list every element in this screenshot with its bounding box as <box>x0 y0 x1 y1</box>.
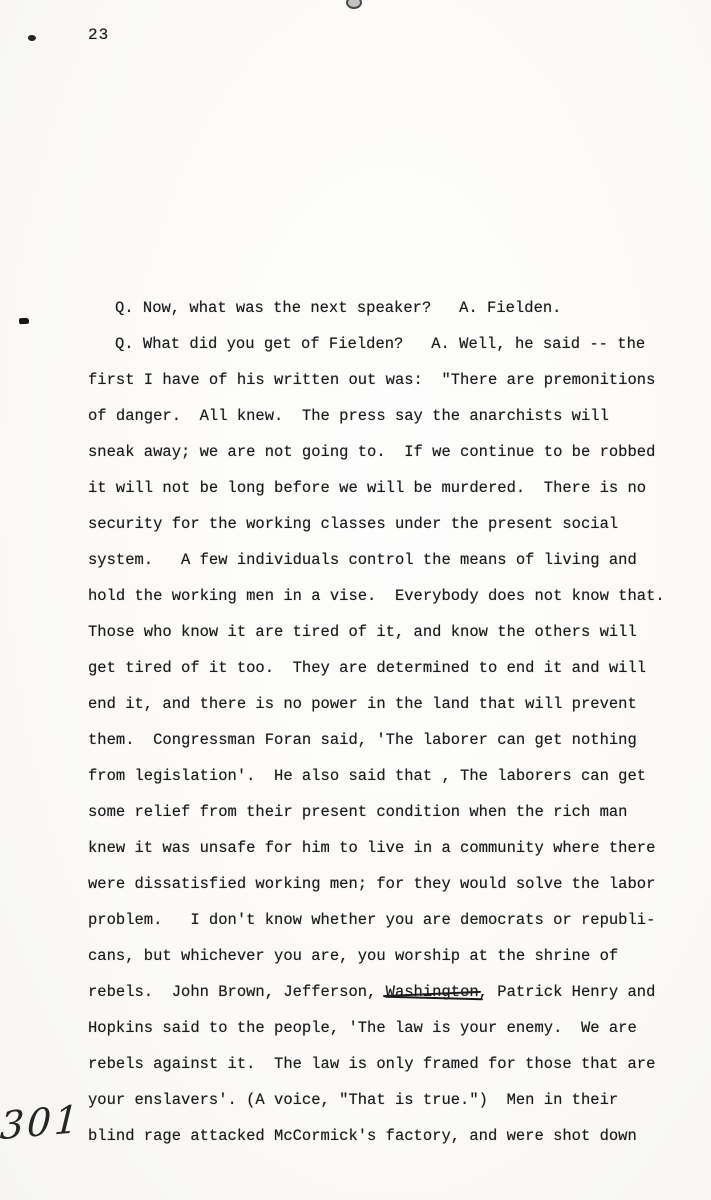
line-text: , Patrick Henry and <box>479 983 656 1001</box>
line-text: rebels against it. The law is only frame… <box>88 1055 655 1073</box>
transcript-line: system. A few individuals control the me… <box>88 542 688 578</box>
top-edge-ink-mark <box>346 0 362 9</box>
line-text: hold the working men in a vise. Everybod… <box>88 587 665 605</box>
transcript-line: end it, and there is no power in the lan… <box>88 686 688 722</box>
struck-word: Washington <box>386 974 479 1010</box>
page-number: 23 <box>88 26 109 44</box>
ink-dot-mark <box>28 35 36 41</box>
line-text: some relief from their present condition… <box>88 803 628 821</box>
transcript-line: first I have of his written out was: "Th… <box>88 362 688 398</box>
transcript-line: security for the working classes under t… <box>88 506 688 542</box>
transcript-line: problem. I don't know whether you are de… <box>88 902 688 938</box>
line-text: Hopkins said to the people, 'The law is … <box>88 1019 637 1037</box>
line-text: system. A few individuals control the me… <box>88 551 637 569</box>
document-page: 23 Q. Now, what was the next speaker? A.… <box>0 0 711 1200</box>
transcript-line: get tired of it too. They are determined… <box>88 650 688 686</box>
transcript-line: some relief from their present condition… <box>88 794 688 830</box>
line-text: Q. Now, what was the next speaker? A. Fi… <box>115 299 561 317</box>
transcript-line: Those who know it are tired of it, and k… <box>88 614 688 650</box>
line-text: were dissatisfied working men; for they … <box>88 875 655 893</box>
transcript-line: of danger. All knew. The press say the a… <box>88 398 688 434</box>
transcript-line: hold the working men in a vise. Everybod… <box>88 578 688 614</box>
transcript-line: cans, but whichever you are, you worship… <box>88 938 688 974</box>
line-text: it will not be long before we will be mu… <box>88 479 646 497</box>
line-text: knew it was unsafe for him to live in a … <box>88 839 655 857</box>
margin-ink-mark <box>19 318 29 325</box>
transcript-line: Hopkins said to the people, 'The law is … <box>88 1010 688 1046</box>
line-text: sneak away; we are not going to. If we c… <box>88 443 655 461</box>
transcript-lines: Q. Now, what was the next speaker? A. Fi… <box>88 290 688 1154</box>
line-text: security for the working classes under t… <box>88 515 618 533</box>
line-text: Those who know it are tired of it, and k… <box>88 623 637 641</box>
transcript-line: rebels. John Brown, Jefferson, Washingto… <box>88 974 688 1010</box>
transcript-line: Q. Now, what was the next speaker? A. Fi… <box>88 290 688 326</box>
transcript-line: were dissatisfied working men; for they … <box>88 866 688 902</box>
transcript-line: sneak away; we are not going to. If we c… <box>88 434 688 470</box>
transcript-line: your enslavers'. (A voice, "That is true… <box>88 1082 688 1118</box>
line-text: your enslavers'. (A voice, "That is true… <box>88 1091 618 1109</box>
line-text: them. Congressman Foran said, 'The labor… <box>88 731 637 749</box>
line-text: end it, and there is no power in the lan… <box>88 695 637 713</box>
line-text: problem. I don't know whether you are de… <box>88 911 655 929</box>
transcript-line: Q. What did you get of Fielden? A. Well,… <box>88 326 688 362</box>
transcript-line: rebels against it. The law is only frame… <box>88 1046 688 1082</box>
transcript-line: blind rage attacked McCormick's factory,… <box>88 1118 688 1154</box>
handwritten-page-stamp: 301 <box>0 1097 82 1148</box>
line-text: from legislation'. He also said that , T… <box>88 767 646 785</box>
transcript-line: knew it was unsafe for him to live in a … <box>88 830 688 866</box>
line-text: of danger. All knew. The press say the a… <box>88 407 609 425</box>
line-text: cans, but whichever you are, you worship… <box>88 947 618 965</box>
line-text: blind rage attacked McCormick's factory,… <box>88 1127 637 1145</box>
transcript-line: them. Congressman Foran said, 'The labor… <box>88 722 688 758</box>
transcript-line: from legislation'. He also said that , T… <box>88 758 688 794</box>
line-text: first I have of his written out was: "Th… <box>88 371 655 389</box>
line-text: Q. What did you get of Fielden? A. Well,… <box>115 335 645 353</box>
line-text: rebels. John Brown, Jefferson, <box>88 983 386 1001</box>
line-text: get tired of it too. They are determined… <box>88 659 646 677</box>
transcript-line: it will not be long before we will be mu… <box>88 470 688 506</box>
